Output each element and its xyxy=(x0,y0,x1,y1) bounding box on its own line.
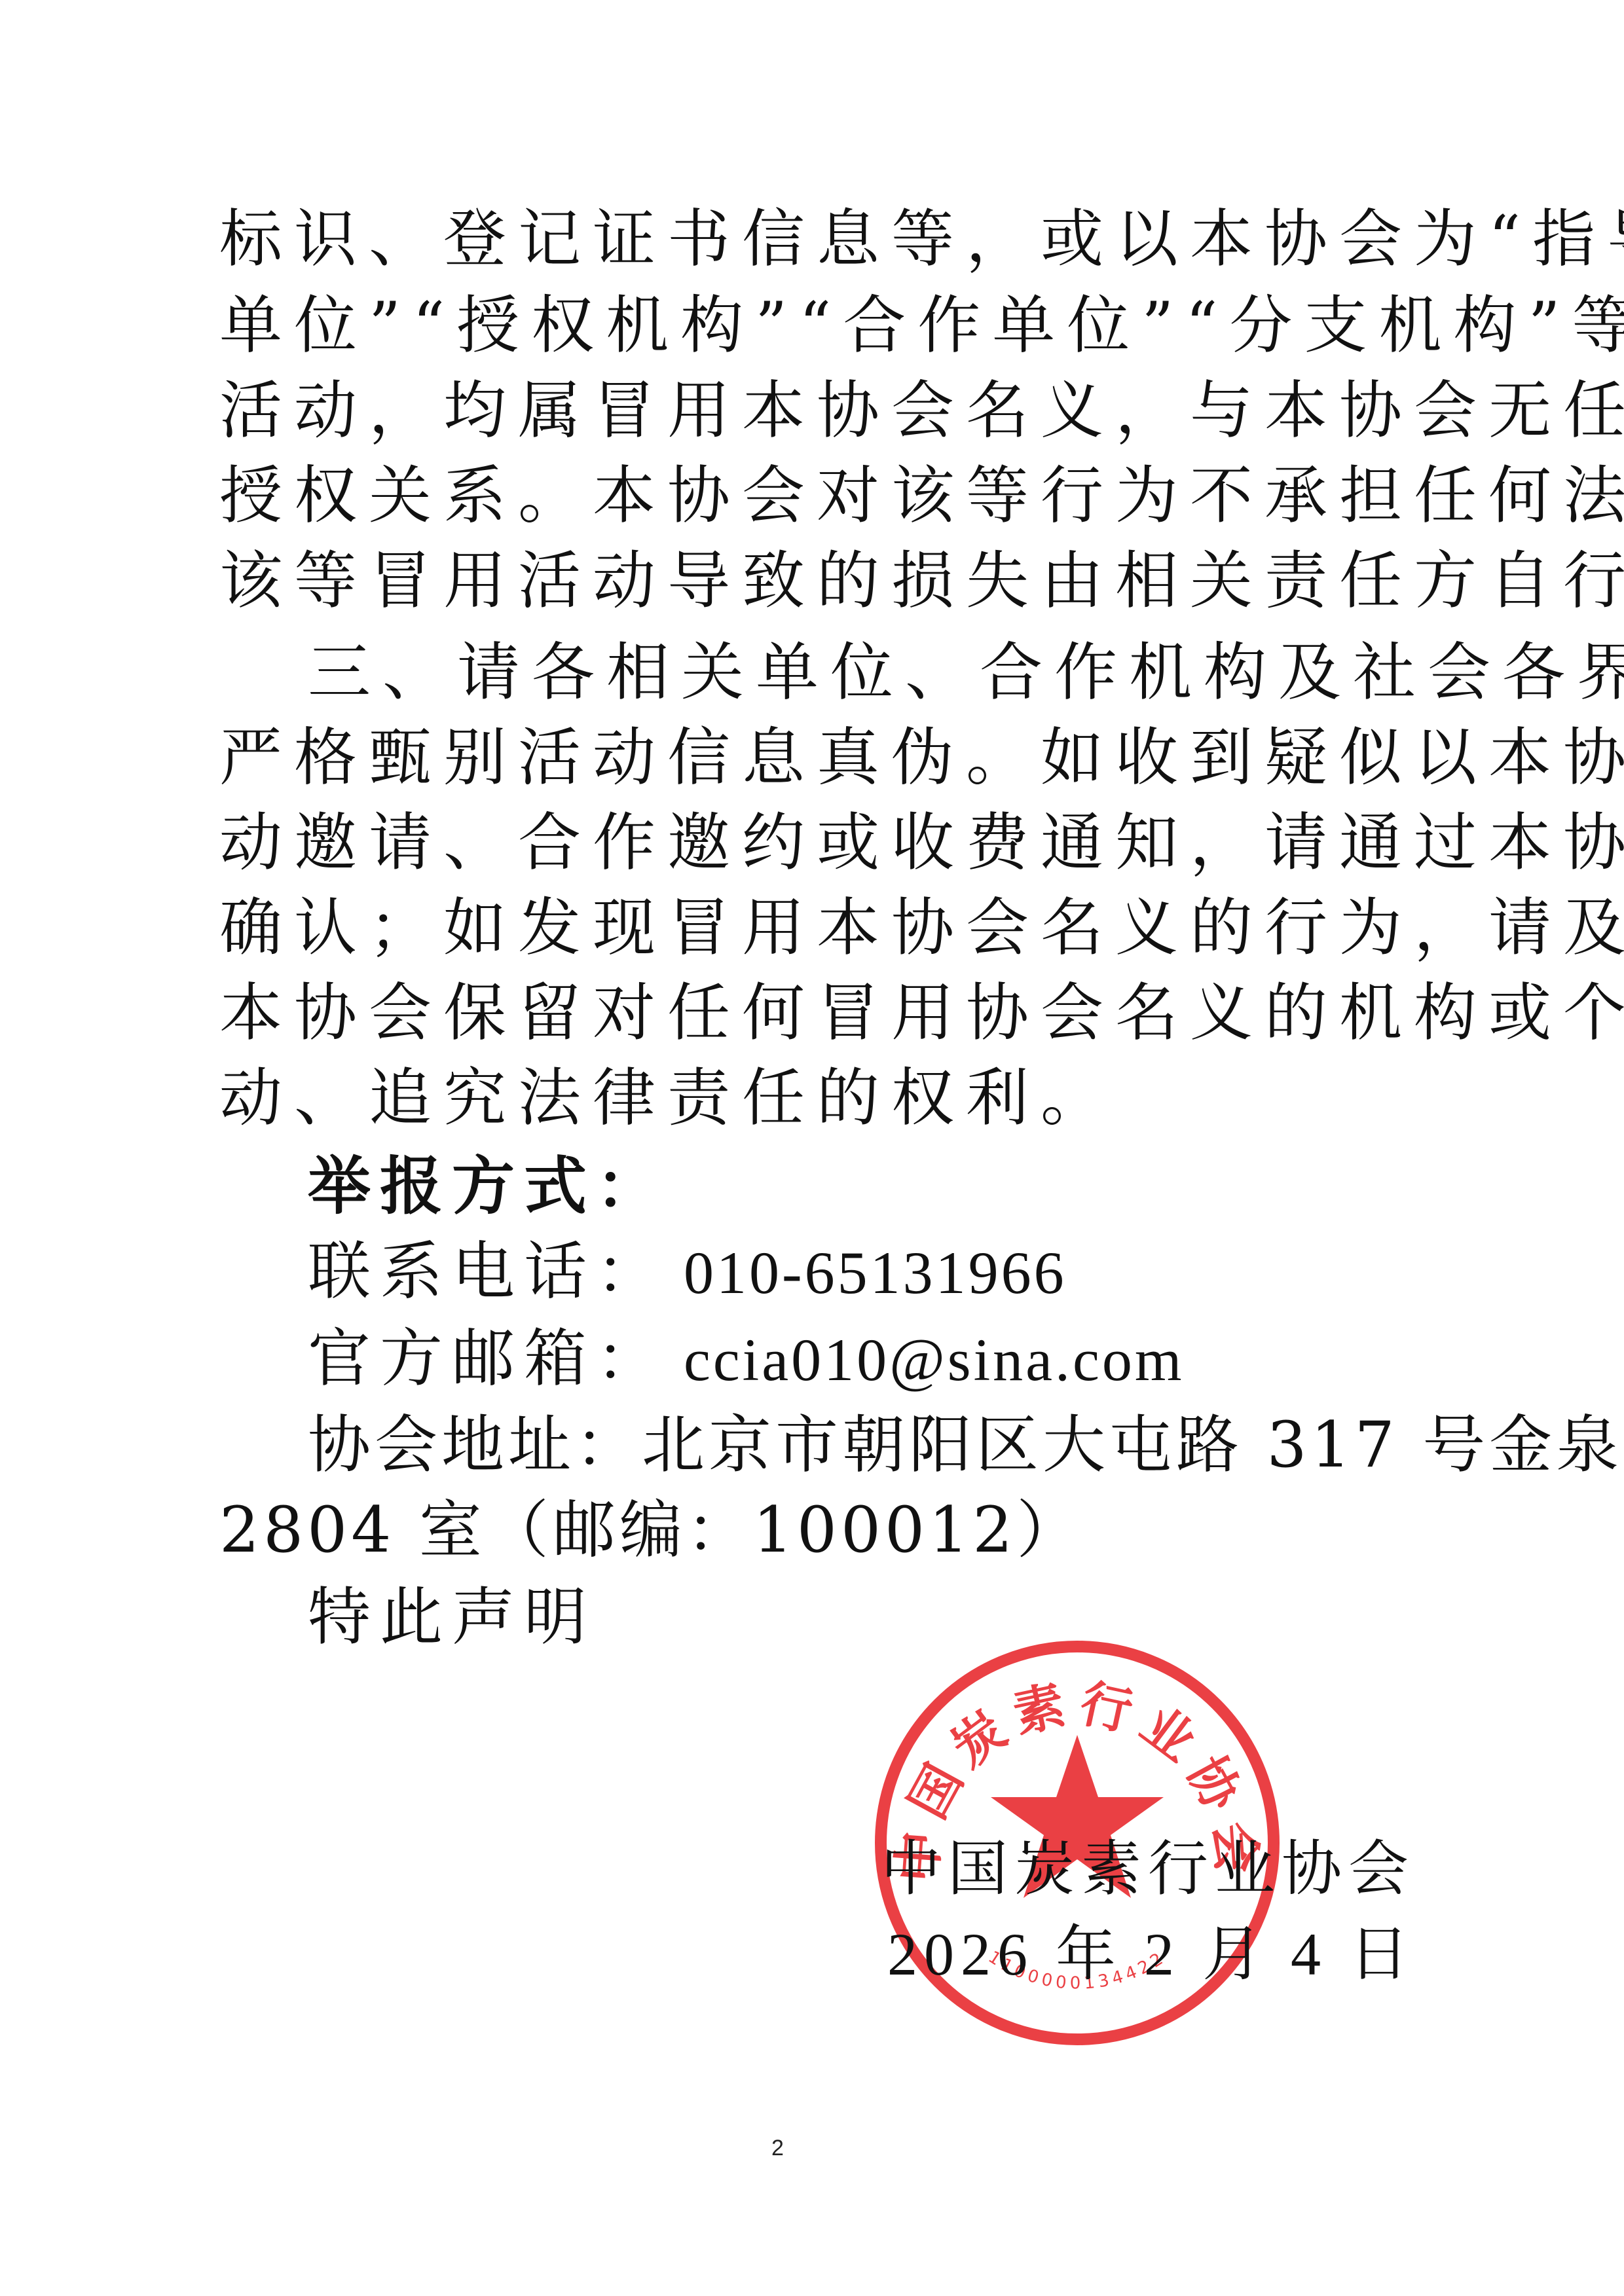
body-line-1: 标识、登记证书信息等，或以本协会为“指导单位”“支持 xyxy=(219,200,1372,278)
phone-value: 010-65131966 xyxy=(684,1239,1067,1306)
address-value-line1: 北京市朝阳区大屯路 317 号金泉汇 3 单元 xyxy=(642,1408,1624,1482)
body-line-2: 单位”“授权机构”“合作单位”“分支机构”等名义开展的 xyxy=(219,286,1372,365)
section3-line-4: 确认；如发现冒用本协会名义的行为，请及时向本协会举报， xyxy=(219,888,1372,967)
address-value-line2: 2804 室（邮编：100012） xyxy=(219,1491,1083,1569)
closing-statement: 特此声明 xyxy=(308,1578,596,1656)
phone-row: 联系电话：010-65131966 xyxy=(308,1232,1067,1311)
page-number: 2 xyxy=(771,2136,784,2161)
report-heading: 举报方式： xyxy=(308,1147,668,1226)
email-row: 官方邮箱：ccia010@sina.com xyxy=(308,1319,1184,1398)
section3-line-5: 本协会保留对任何冒用协会名义的机构或个人采取法律行 xyxy=(219,974,1372,1052)
signature-organization: 中国炭素行业协会 xyxy=(881,1833,1415,1905)
email-label: 官方邮箱： xyxy=(308,1322,668,1395)
section3-line-2: 严格甄别活动信息真伪。如收到疑似以本协会名义发出的活 xyxy=(219,718,1372,797)
signature-date: 2026 年 2 月 4 日 xyxy=(887,1918,1416,1990)
body-line-3: 活动，均属冒用本协会名义，与本协会无任何隶属、合作或 xyxy=(219,371,1372,450)
address-row: 协会地址：北京市朝阳区大屯路 317 号金泉汇 3 单元 xyxy=(308,1406,1372,1484)
section3-line-6: 动、追究法律责任的权利。 xyxy=(219,1059,1372,1137)
section3-line-1: 三、请各相关单位、合作机构及社会各界提高防范意识， xyxy=(308,633,1372,712)
address-label: 协会地址： xyxy=(308,1408,642,1482)
email-value: ccia010@sina.com xyxy=(684,1326,1184,1393)
document-page: 标识、登记证书信息等，或以本协会为“指导单位”“支持 单位”“授权机构”“合作单… xyxy=(0,0,1624,2296)
body-line-5: 该等冒用活动导致的损失由相关责任方自行承担。 xyxy=(219,541,1372,620)
phone-label: 联系电话： xyxy=(308,1235,668,1308)
section3-line-3: 动邀请、合作邀约或收费通知，请通过本协会官方渠道核实 xyxy=(219,803,1372,882)
body-line-4: 授权关系。本协会对该等行为不承担任何法律责任，因参与 xyxy=(219,456,1372,535)
